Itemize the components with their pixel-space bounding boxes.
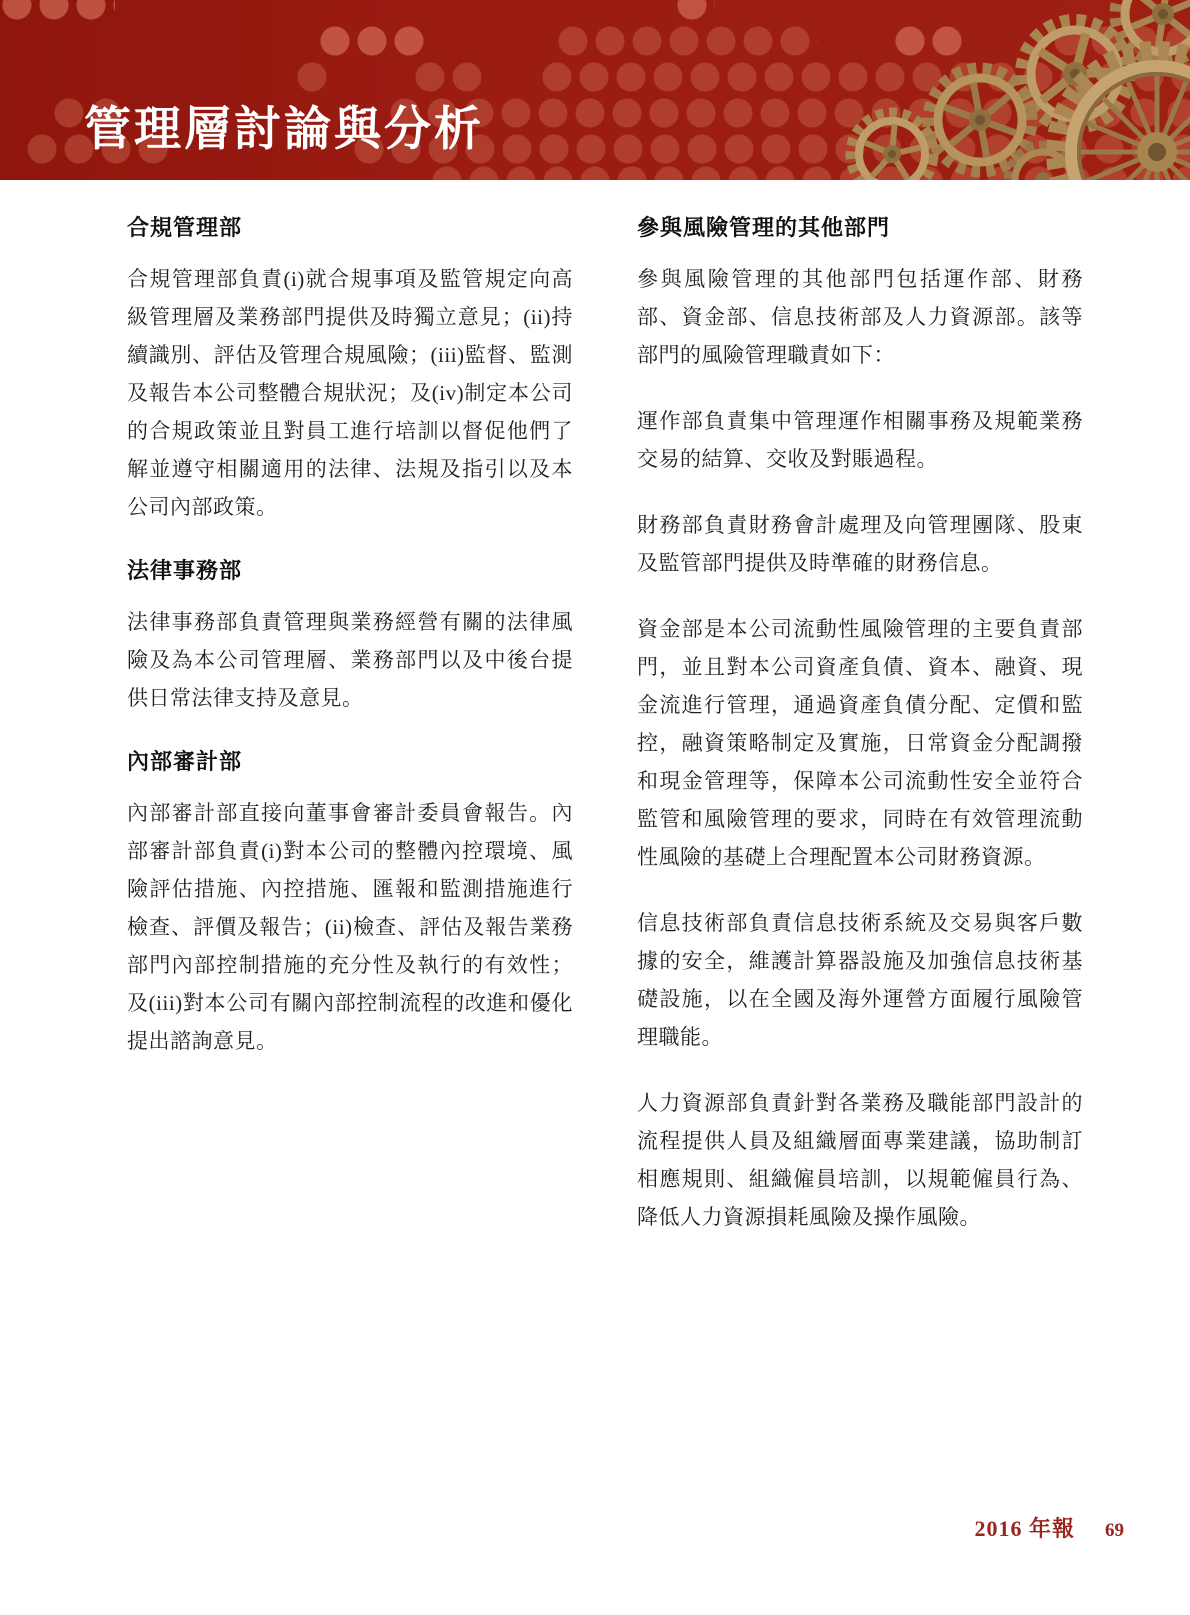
dot-pattern <box>556 24 818 58</box>
left-column: 合規管理部 合規管理部負責(i)就合規事項及監管規定向高級管理層及業務部門提供及… <box>127 213 573 1090</box>
section-internal-audit: 內部審計部 內部審計部直接向董事會審計委員會報告。內部審計部負責(i)對本公司的… <box>127 747 573 1060</box>
page-footer: 2016 年報69 <box>974 1512 1124 1543</box>
paragraph: 法律事務部負責管理與業務經營有關的法律風險及為本公司管理層、業務部門以及中後台提… <box>127 603 573 717</box>
section-heading: 法律事務部 <box>127 556 573 586</box>
report-year-label: 2016 年報 <box>974 1516 1075 1541</box>
page-header-banner: 管理層討論與分析 <box>0 0 1190 180</box>
paragraph: 財務部負責財務會計處理及向管理團隊、股東及監管部門提供及時準確的財務信息。 <box>637 506 1083 582</box>
dot-pattern <box>295 60 333 94</box>
paragraph: 參與風險管理的其他部門包括運作部、財務部、資金部、信息技術部及人力資源部。該等部… <box>637 260 1083 374</box>
page-title: 管理層討論與分析 <box>84 104 484 156</box>
section-other-departments: 參與風險管理的其他部門 參與風險管理的其他部門包括運作部、財務部、資金部、信息技… <box>637 213 1083 1236</box>
paragraph: 運作部負責集中管理運作相關事務及規範業務交易的結算、交收及對賬過程。 <box>637 402 1083 478</box>
page-number: 69 <box>1105 1520 1124 1541</box>
right-column: 參與風險管理的其他部門 參與風險管理的其他部門包括運作部、財務部、資金部、信息技… <box>637 213 1083 1266</box>
report-page: { "header": { "title": "管理層討論與分析" }, "le… <box>0 0 1190 1615</box>
gears-illustration <box>830 0 1190 180</box>
paragraph: 資金部是本公司流動性風險管理的主要負責部門，並且對本公司資產負債、資本、融資、現… <box>637 610 1083 876</box>
paragraph: 合規管理部負責(i)就合規事項及監管規定向高級管理層及業務部門提供及時獨立意見；… <box>127 260 573 526</box>
dot-pattern <box>318 24 430 58</box>
section-heading: 參與風險管理的其他部門 <box>637 213 1083 243</box>
dot-pattern <box>0 0 115 22</box>
section-heading: 內部審計部 <box>127 747 573 777</box>
section-compliance: 合規管理部 合規管理部負責(i)就合規事項及監管規定向高級管理層及業務部門提供及… <box>127 213 573 526</box>
paragraph: 信息技術部負責信息技術系統及交易與客戶數據的安全，維護計算器設施及加強信息技術基… <box>637 904 1083 1056</box>
paragraph: 內部審計部直接向董事會審計委員會報告。內部審計部負責(i)對本公司的整體內控環境… <box>127 794 573 1060</box>
section-legal: 法律事務部 法律事務部負責管理與業務經營有關的法律風險及為本公司管理層、業務部門… <box>127 556 573 717</box>
paragraph: 人力資源部負責針對各業務及職能部門設計的流程提供人員及組織層面專業建議，協助制訂… <box>637 1084 1083 1236</box>
gear-icon <box>849 111 936 180</box>
section-heading: 合規管理部 <box>127 213 573 243</box>
dot-pattern <box>675 0 715 22</box>
dot-pattern <box>413 60 489 94</box>
